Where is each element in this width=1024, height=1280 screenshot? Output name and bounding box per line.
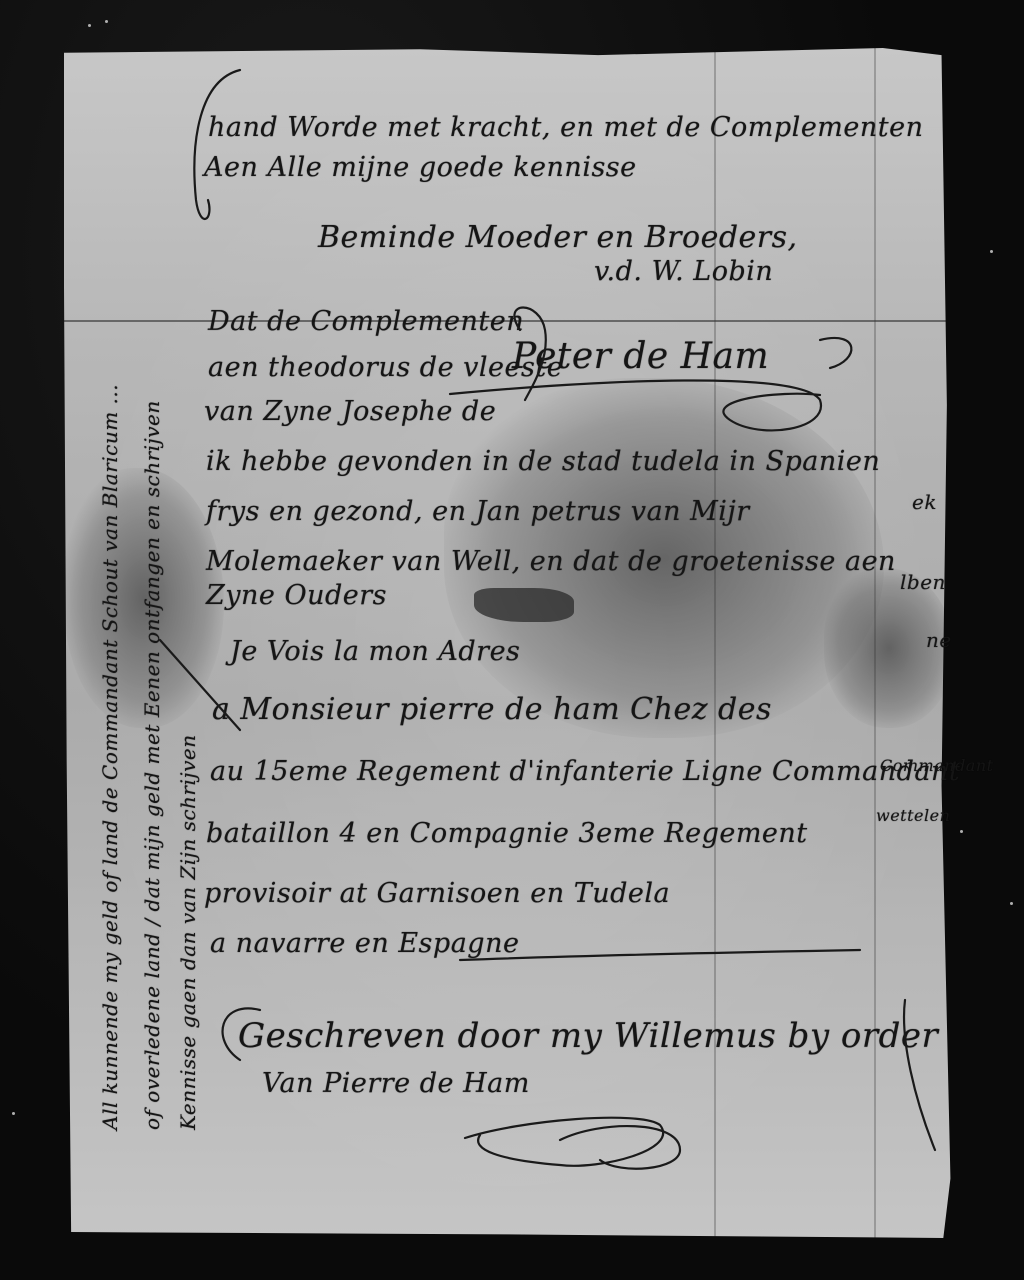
- edge-fragment: Commandant: [880, 756, 994, 775]
- ink-blot: [474, 588, 574, 622]
- salutation: Beminde Moeder en Broeders,: [318, 220, 798, 255]
- margin-note-column: All kunnende my geld of land de Commanda…: [98, 384, 122, 1130]
- edge-fragment: ne: [926, 628, 952, 652]
- address-line: au 15eme Regement d'infanterie Ligne Com…: [210, 756, 960, 787]
- address-intro: Je Vois la mon Adres: [230, 636, 520, 667]
- letter-line: Zyne Ouders: [206, 580, 387, 611]
- letter-line: hand Worde met kracht, en met de Complem…: [208, 112, 923, 143]
- letter-line: Dat de Complementen: [208, 306, 524, 337]
- address-line: a Monsieur pierre de ham Chez des: [212, 692, 772, 727]
- letter-line: Molemaeker van Well, en dat de groetenis…: [206, 546, 896, 577]
- address-line: a navarre en Espagne: [210, 928, 519, 959]
- date-place-note: v.d. W. Lobin: [594, 256, 773, 287]
- dust-speck: [960, 830, 963, 833]
- letter-line: van Zyne Josephe de: [204, 396, 496, 427]
- edge-fragment: wettelen: [876, 806, 950, 825]
- signature-line: Van Pierre de Ham: [262, 1068, 530, 1099]
- address-line: bataillon 4 en Compagnie 3eme Regement: [206, 818, 808, 849]
- address-line: provisoir at Garnisoen en Tudela: [204, 878, 670, 909]
- closing-line: Geschreven door my Willemus by order: [238, 1016, 938, 1056]
- dust-speck: [12, 1112, 15, 1115]
- dust-speck: [88, 24, 91, 27]
- margin-note-column: of overledene land / dat mijn geld met E…: [140, 400, 164, 1130]
- margin-note-column: Kennisse gaen dan van Zijn schrijven: [176, 734, 200, 1130]
- dust-speck: [105, 20, 108, 23]
- letter-line: Aen Alle mijne goede kennisse: [204, 152, 637, 183]
- letter-line: ik hebbe gevonden in de stad tudela in S…: [206, 446, 880, 477]
- edge-fragment: lben: [900, 570, 946, 594]
- dust-speck: [990, 250, 993, 253]
- letter-line: aen theodorus de vleeste: [208, 352, 563, 383]
- edge-fragment: ek: [912, 490, 937, 514]
- letter-line: frys en gezond, en Jan petrus van Mijr: [206, 496, 750, 527]
- dust-speck: [1010, 902, 1013, 905]
